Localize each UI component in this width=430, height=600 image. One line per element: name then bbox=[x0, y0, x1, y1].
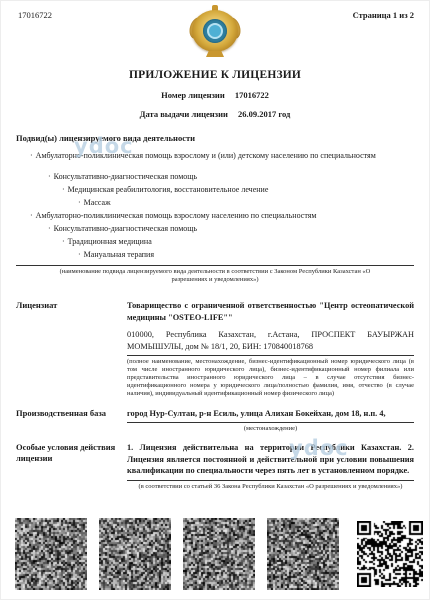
subtype-item: Амбулаторно-поликлиническая помощь взрос… bbox=[30, 149, 414, 162]
barcode-strip bbox=[15, 518, 423, 590]
licensee-address: 010000, Республика Казахстан, г.Астана, … bbox=[127, 329, 414, 352]
license-number-label: Номер лицензии bbox=[161, 90, 225, 100]
special-conditions-value-block: 1. Лицензия действительна на территории … bbox=[127, 442, 414, 491]
license-date-value: 26.09.2017 год bbox=[238, 109, 290, 119]
subtype-item: Амбулаторно-поликлиническая помощь взрос… bbox=[30, 209, 414, 222]
page-indicator: Страница 1 из 2 bbox=[353, 10, 414, 20]
subtype-item: Массаж bbox=[78, 196, 414, 209]
kazakhstan-emblem-icon bbox=[189, 5, 241, 57]
qr-code bbox=[357, 521, 423, 587]
production-base-row: Производственная база город Нур-Султан, … bbox=[16, 408, 414, 433]
subtypes-rule bbox=[16, 265, 414, 266]
datamatrix-barcode bbox=[267, 518, 339, 590]
document-title: ПРИЛОЖЕНИЕ К ЛИЦЕНЗИИ bbox=[16, 69, 414, 81]
license-number-value: 17016722 bbox=[235, 90, 269, 100]
licensee-caption: (полное наименование, местонахождение, б… bbox=[127, 358, 414, 398]
licensee-value: Товарищество с ограниченной ответственно… bbox=[127, 300, 414, 398]
document-number: 17016722 bbox=[18, 10, 52, 20]
subtype-item: Мануальная терапия bbox=[78, 248, 414, 261]
datamatrix-barcode bbox=[99, 518, 171, 590]
subtype-item: Консультативно-диагностическая помощь bbox=[48, 170, 414, 183]
special-conditions-row: Особые условия действия лицензии 1. Лице… bbox=[16, 442, 414, 491]
license-date-line: Дата выдачи лицензии 26.09.2017 год bbox=[16, 109, 414, 119]
production-base-label: Производственная база bbox=[16, 408, 127, 433]
subtype-item: Традиционная медицина bbox=[62, 235, 414, 248]
license-number-line: Номер лицензии 17016722 bbox=[16, 90, 414, 100]
emblem-banner bbox=[206, 51, 224, 57]
datamatrix-barcode bbox=[183, 518, 255, 590]
special-conditions-label: Особые условия действия лицензии bbox=[16, 442, 127, 491]
licensee-rule bbox=[127, 355, 414, 356]
license-appendix-document: 17016722 Страница 1 из 2 ПРИЛОЖЕНИЕ К ЛИ… bbox=[0, 0, 430, 600]
special-conditions-caption: (в соответствии со статьей 36 Закона Рес… bbox=[127, 483, 414, 491]
licensee-label: Лицензиат bbox=[16, 300, 127, 398]
licensee-name: Товарищество с ограниченной ответственно… bbox=[127, 300, 414, 323]
production-base-value: город Нур-Султан, р-н Есиль, улица Алиха… bbox=[127, 408, 414, 419]
subtypes-list: Амбулаторно-поликлиническая помощь взрос… bbox=[16, 149, 414, 261]
license-date-label: Дата выдачи лицензии bbox=[140, 109, 228, 119]
special-conditions-rule bbox=[127, 480, 414, 481]
subtypes-heading: Подвид(ы) лицензируемого вида деятельнос… bbox=[16, 133, 414, 143]
emblem-sun bbox=[207, 23, 223, 39]
production-base-rule bbox=[127, 422, 414, 423]
subtype-item: Медицинская реабилитология, восстановите… bbox=[62, 183, 414, 196]
subtype-item: Консультативно-диагностическая помощь bbox=[48, 222, 414, 235]
special-conditions-value: 1. Лицензия действительна на территории … bbox=[127, 442, 414, 477]
production-base-value-block: город Нур-Султан, р-н Есиль, улица Алиха… bbox=[127, 408, 414, 433]
subtypes-caption: (наименование подвида лицензируемого вид… bbox=[16, 268, 414, 284]
document-header: 17016722 Страница 1 из 2 bbox=[0, 0, 430, 58]
production-base-caption: (местонахождение) bbox=[127, 425, 414, 433]
licensee-row: Лицензиат Товарищество с ограниченной от… bbox=[16, 300, 414, 398]
datamatrix-barcode bbox=[15, 518, 87, 590]
